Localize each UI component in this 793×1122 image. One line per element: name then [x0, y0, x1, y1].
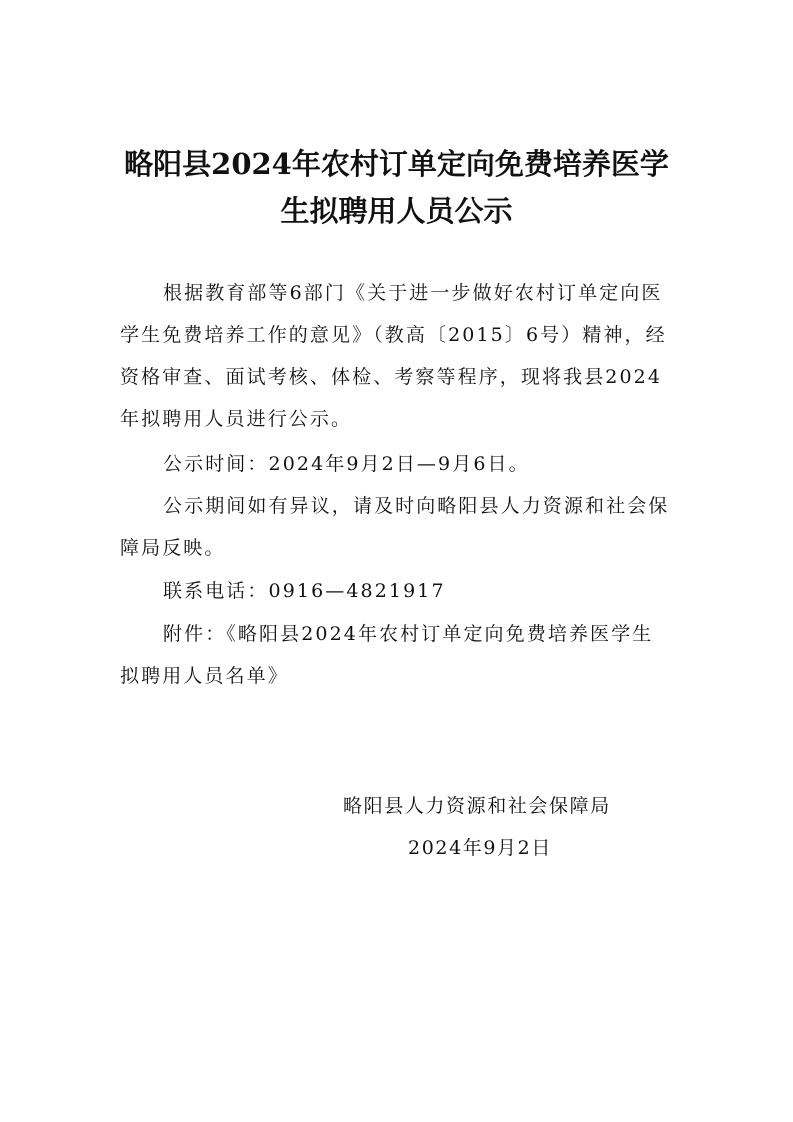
contact-phone: 联系电话：0916—4821917	[163, 576, 446, 606]
objection-notice-line-1: 公示期间如有异议，请及时向略阳县人力资源和社会保	[163, 491, 669, 521]
document-title-line-2: 生拟聘用人员公示	[0, 188, 793, 234]
publicity-period: 公示时间：2024年9月2日—9月6日。	[163, 449, 530, 479]
body-paragraph-1-line-1: 根据教育部等6部门《关于进一步做好农村订单定向医	[163, 278, 663, 308]
body-paragraph-1-line-4: 年拟聘用人员进行公示。	[120, 404, 352, 434]
signature-date: 2024年9月2日	[408, 833, 552, 863]
body-paragraph-1-line-3: 资格审查、面试考核、体检、考察等程序，现将我县2024	[120, 362, 662, 392]
signature-organization: 略阳县人力资源和社会保障局	[343, 791, 611, 821]
body-paragraph-1-line-2: 学生免费培养工作的意见》（教高〔2015〕6号）精神，经	[120, 320, 667, 350]
attachment-line-1: 附件：《略阳县2024年农村订单定向免费培养医学生	[163, 619, 653, 649]
document-title-line-1: 略阳县2024年农村订单定向免费培养医学	[0, 141, 793, 187]
attachment-line-2: 拟聘用人员名单》	[120, 661, 289, 691]
objection-notice-line-2: 障局反映。	[120, 533, 226, 563]
